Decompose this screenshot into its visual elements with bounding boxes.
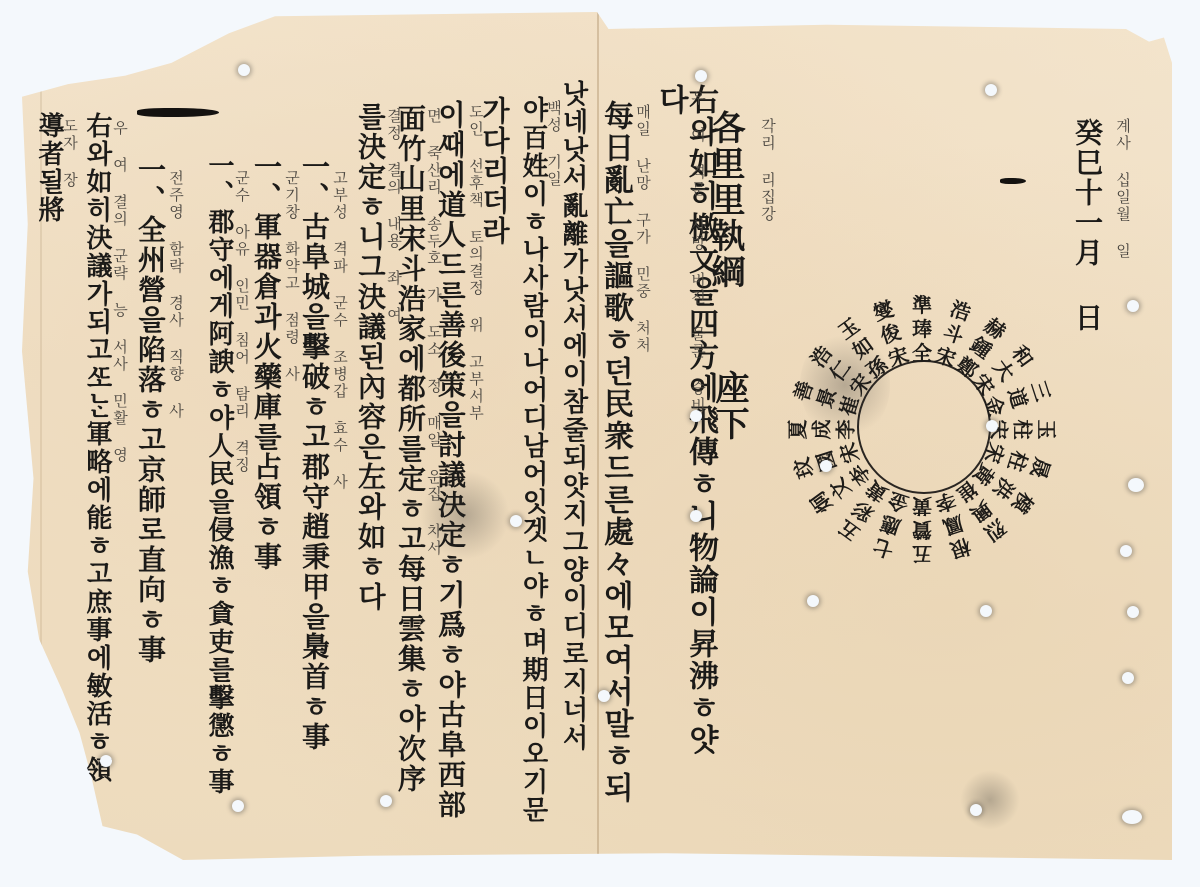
ruby-column-2: 매일 난망 구가 민중 처처 bbox=[635, 104, 650, 804]
wormhole bbox=[1127, 300, 1139, 312]
wormhole bbox=[980, 605, 992, 617]
wormhole bbox=[986, 420, 998, 432]
wormhole bbox=[690, 510, 702, 522]
wormhole bbox=[1122, 810, 1142, 824]
wormhole bbox=[690, 410, 702, 422]
wormhole bbox=[695, 70, 707, 82]
date-line: 癸巳十一月 日 bbox=[1073, 118, 1101, 333]
wormhole bbox=[510, 515, 522, 527]
text-column-14: 導者될將 bbox=[36, 112, 62, 224]
item-column-4: 一、全州營을陷落ㅎ고京師로直向ㅎ事 bbox=[136, 155, 164, 715]
signature-name-char: 玉 bbox=[1034, 420, 1063, 440]
item-ruby-1: 고부성 격파 군수 조병갑 효수 사 bbox=[332, 170, 347, 790]
wormhole bbox=[232, 800, 244, 812]
text-column-2: 每日亂亡을謳歌ㅎ던民衆드른處々에모여서말ㅎ되 bbox=[600, 100, 630, 820]
ruby-column-13: 우 여 결의 군략 능 서사 민활 영 bbox=[112, 120, 127, 800]
date-reading: 계사 십일월 일 bbox=[1115, 118, 1130, 260]
ruby-column-8: 결정 결의 내용 좌 여 bbox=[386, 108, 401, 608]
item-column-3: 一、郡守에게阿諛ㅎ야人民을侵漁ㅎ貪吏를擊懲ㅎ事 bbox=[206, 152, 232, 832]
ink-smudge bbox=[420, 470, 510, 560]
text-column-4: 야百姓이ㅎ나사람이나어디남어잇겟ㄴ야ㅎ며期日이오기문 bbox=[520, 96, 546, 836]
mark-stroke bbox=[1000, 178, 1026, 184]
wormhole bbox=[100, 755, 112, 767]
wormhole bbox=[807, 595, 819, 607]
section-rule bbox=[137, 108, 219, 117]
wormhole bbox=[1120, 545, 1132, 557]
heading-reading: 각리 리집강 bbox=[760, 118, 775, 223]
ruby-column-1: 우 여 격문 사방 비전 물론 승비 bbox=[690, 90, 705, 790]
wormhole bbox=[1122, 672, 1134, 684]
ink-smudge bbox=[800, 330, 890, 440]
item-column-2: 一、軍器倉과火藥庫를占領ㅎ事 bbox=[252, 152, 280, 692]
ink-smudge bbox=[960, 770, 1020, 830]
wormhole bbox=[238, 64, 250, 76]
wormhole bbox=[1128, 478, 1144, 492]
item-ruby-2: 군기창 화약고 점령 사 bbox=[284, 170, 299, 690]
wormhole bbox=[970, 804, 982, 816]
text-column-8: 를決定ㅎ니그決議된內容은左와如ㅎ다 bbox=[356, 102, 384, 622]
ruby-column-14: 도자 장 bbox=[62, 118, 77, 189]
wormhole bbox=[1127, 606, 1139, 618]
signature-name-char: 夏 bbox=[782, 420, 811, 440]
item-column-1: 一、古阜城을擊破ㅎ고郡守趙秉甲을梟首ㅎ事 bbox=[300, 152, 328, 792]
item-ruby-4: 전주영 함락 경사 직향 사 bbox=[168, 170, 183, 710]
ruby-column-4: 백성 기일 bbox=[546, 100, 561, 700]
wormhole bbox=[380, 795, 392, 807]
ruby-column-7: 면 죽산리 송두호 가 도소 정 매일 운집 차서 bbox=[426, 108, 441, 808]
signature-name-char: 準 bbox=[912, 289, 932, 318]
wormhole bbox=[985, 84, 997, 96]
ruby-column-6: 도인 선후책 토의결정 위 고부서부 bbox=[468, 104, 483, 804]
wormhole bbox=[820, 460, 832, 472]
item-ruby-3: 군수 아유 인민 침어 탐리 격징 bbox=[234, 170, 249, 830]
signature-name-char: 五 bbox=[912, 541, 932, 570]
wormhole bbox=[598, 690, 610, 702]
text-column-13: 右와如히決議가되고ᄯᅩᄂᆞᆫ軍略에能ㅎ고庶事에敏活ㅎ領 bbox=[84, 112, 110, 832]
text-column-3: 낫네낫서亂離가낫서에이참줄되얏지그양이디로지너서 bbox=[560, 80, 586, 820]
